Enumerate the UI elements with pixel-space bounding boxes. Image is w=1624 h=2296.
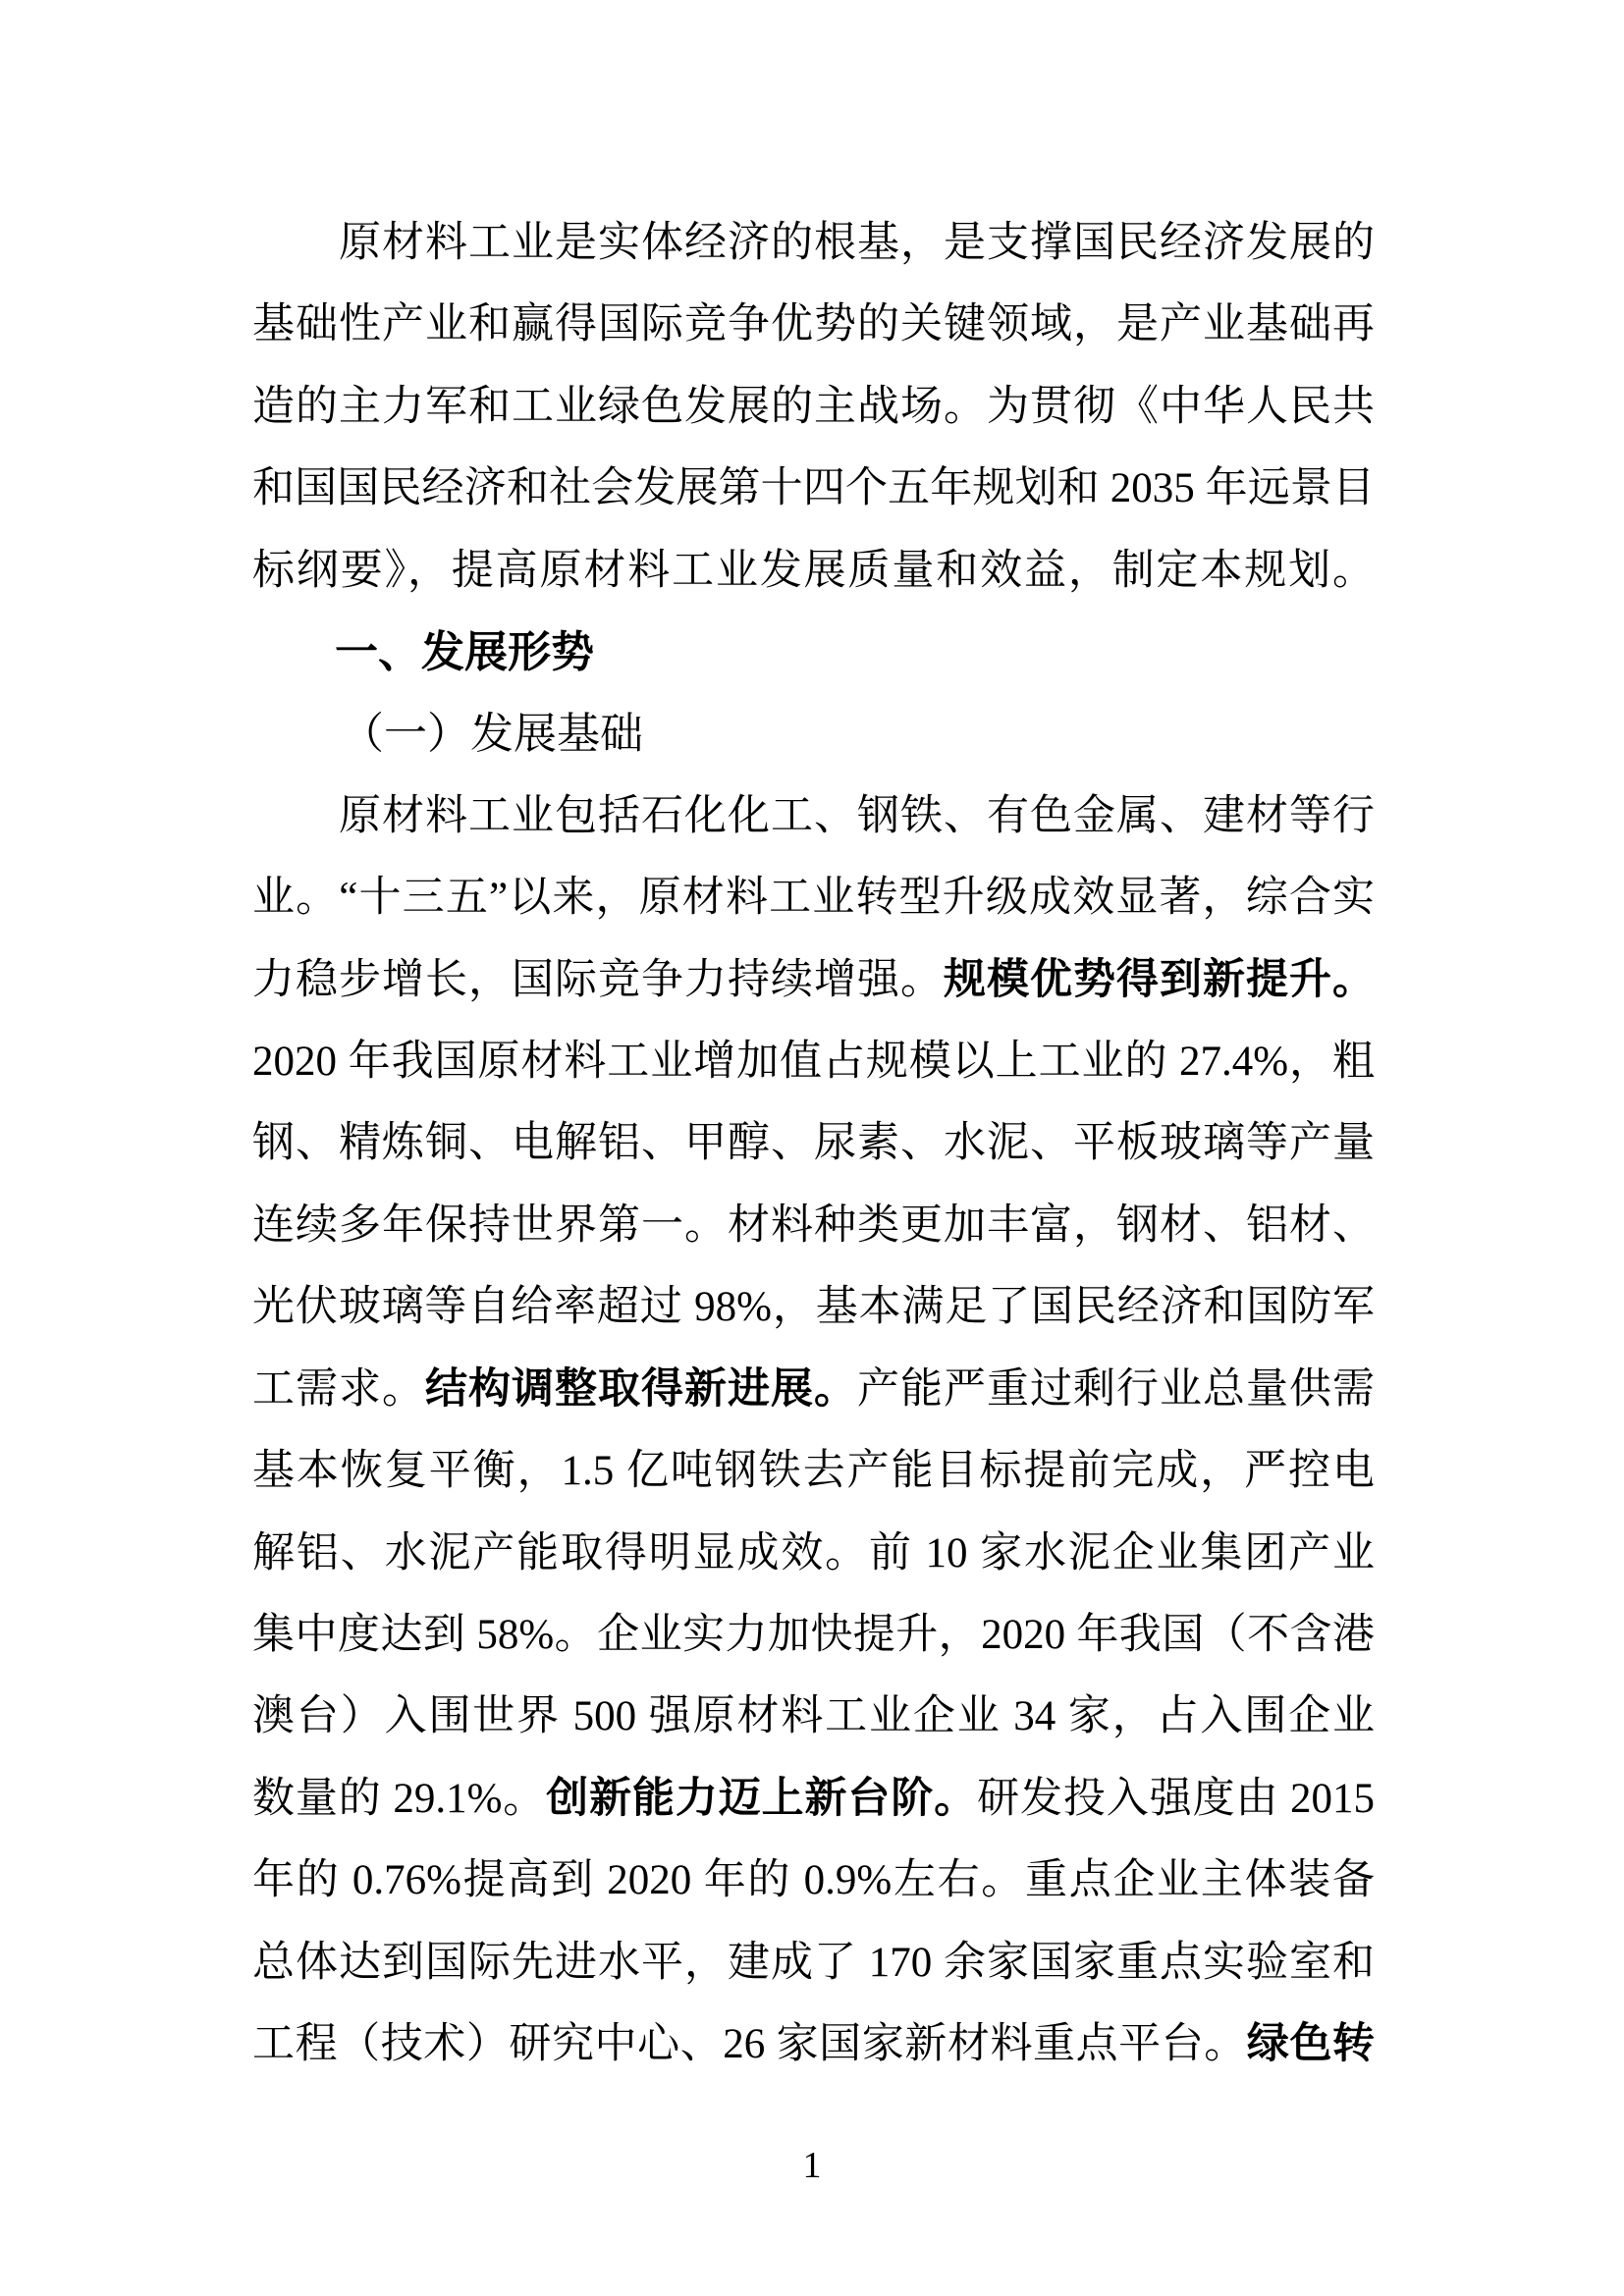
- emphasized-text-run: 规模优势得到新提升。: [944, 957, 1375, 1003]
- text-run: （一）发展基础: [341, 709, 643, 759]
- paragraph-line: 力稳步增长，国际竞争力持续增强。规模优势得到新提升。: [252, 939, 1375, 1021]
- emphasized-text-run: 绿色转: [1247, 2021, 1375, 2067]
- paragraph-line: 基本恢复平衡，1.5 亿吨钢铁去产能目标提前完成，严控电: [252, 1430, 1375, 1512]
- paragraph-line: 光伏玻璃等自给率超过 98%，基本满足了国民经济和国防军: [252, 1266, 1375, 1348]
- paragraph-line: 解铝、水泥产能取得明显成效。前 10 家水泥企业集团产业: [252, 1513, 1375, 1594]
- text-run: 钢、精炼铜、电解铝、甲醇、尿素、水泥、平板玻璃等产量: [252, 1120, 1375, 1166]
- paragraph-line: 2020 年我国原材料工业增加值占规模以上工业的 27.4%，粗: [252, 1021, 1375, 1102]
- text-run: 集中度达到 58%。企业实力加快提升，2020 年我国（不含港: [252, 1612, 1375, 1658]
- text-run: 光伏玻璃等自给率超过 98%，基本满足了国民经济和国防军: [252, 1284, 1375, 1330]
- text-run: 标纲要》，提高原材料工业发展质量和效益，制定本规划。: [252, 548, 1375, 594]
- emphasized-text-run: 创新能力迈上新台阶。: [546, 1776, 977, 1822]
- paragraph-line: 业。“十三五”以来，原材料工业转型升级成效显著，综合实: [252, 857, 1375, 938]
- subsection-heading: （一）发展基础: [252, 693, 1375, 774]
- paragraph-line: 原材料工业是实体经济的根基，是支撑国民经济发展的: [252, 202, 1375, 284]
- text-run: 工需求。: [252, 1366, 425, 1413]
- paragraph-line: 工需求。结构调整取得新进展。产能严重过剩行业总量供需: [252, 1349, 1375, 1430]
- text-run: 连续多年保持世界第一。材料种类更加丰富，钢材、铝材、: [252, 1202, 1375, 1249]
- paragraph-line: 钢、精炼铜、电解铝、甲醇、尿素、水泥、平板玻璃等产量: [252, 1102, 1375, 1184]
- paragraph-line: 总体达到国际先进水平，建成了 170 余家国家重点实验室和: [252, 1922, 1375, 2003]
- page-number: 1: [0, 2144, 1624, 2187]
- text-run: 数量的 29.1%。: [252, 1776, 546, 1822]
- text-run: 原材料工业包括石化化工、钢铁、有色金属、建材等行: [339, 793, 1375, 839]
- text-run: 研发投入强度由 2015: [977, 1776, 1375, 1822]
- document-body: 原材料工业是实体经济的根基，是支撑国民经济发展的基础性产业和赢得国际竞争优势的关…: [252, 202, 1375, 2085]
- document-page: 原材料工业是实体经济的根基，是支撑国民经济发展的基础性产业和赢得国际竞争优势的关…: [0, 0, 1624, 2296]
- text-run: 工程（技术）研究中心、26 家国家新材料重点平台。: [252, 2021, 1247, 2067]
- paragraph-line: 原材料工业包括石化化工、钢铁、有色金属、建材等行: [252, 775, 1375, 857]
- text-run: 产能严重过剩行业总量供需: [857, 1366, 1375, 1413]
- paragraph-line: 工程（技术）研究中心、26 家国家新材料重点平台。绿色转: [252, 2003, 1375, 2085]
- text-run: 基本恢复平衡，1.5 亿吨钢铁去产能目标提前完成，严控电: [252, 1448, 1375, 1494]
- paragraph-line: 澳台）入围世界 500 强原材料工业企业 34 家，占入围企业: [252, 1676, 1375, 1757]
- text-run: 解铝、水泥产能取得明显成效。前 10 家水泥企业集团产业: [252, 1530, 1375, 1576]
- section-heading: 一、发展形势: [252, 612, 1375, 693]
- text-run: 力稳步增长，国际竞争力持续增强。: [252, 957, 944, 1003]
- text-run: 年的 0.76%提高到 2020 年的 0.9%左右。重点企业主体装备: [252, 1857, 1375, 1903]
- emphasized-text-run: 一、发展形势: [335, 628, 594, 676]
- emphasized-text-run: 结构调整取得新进展。: [425, 1366, 857, 1413]
- paragraph-line: 和国国民经济和社会发展第十四个五年规划和 2035 年远景目: [252, 448, 1375, 529]
- paragraph-line: 标纲要》，提高原材料工业发展质量和效益，制定本规划。: [252, 530, 1375, 612]
- text-run: 澳台）入围世界 500 强原材料工业企业 34 家，占入围企业: [252, 1693, 1375, 1739]
- text-run: 造的主力军和工业绿色发展的主战场。为贯彻《中华人民共: [252, 384, 1375, 430]
- paragraph-line: 基础性产业和赢得国际竞争优势的关键领域，是产业基础再: [252, 284, 1375, 365]
- text-run: 基础性产业和赢得国际竞争优势的关键领域，是产业基础再: [252, 301, 1375, 347]
- text-run: 总体达到国际先进水平，建成了 170 余家国家重点实验室和: [252, 1940, 1375, 1986]
- text-run: 业。“十三五”以来，原材料工业转型升级成效显著，综合实: [252, 875, 1375, 921]
- paragraph-line: 造的主力军和工业绿色发展的主战场。为贯彻《中华人民共: [252, 366, 1375, 448]
- text-run: 原材料工业是实体经济的根基，是支撑国民经济发展的: [339, 220, 1375, 266]
- paragraph-line: 连续多年保持世界第一。材料种类更加丰富，钢材、铝材、: [252, 1185, 1375, 1266]
- text-run: 和国国民经济和社会发展第十四个五年规划和 2035 年远景目: [252, 465, 1375, 511]
- paragraph-line: 年的 0.76%提高到 2020 年的 0.9%左右。重点企业主体装备: [252, 1840, 1375, 1921]
- text-run: 2020 年我国原材料工业增加值占规模以上工业的 27.4%，粗: [252, 1039, 1375, 1085]
- paragraph-line: 数量的 29.1%。创新能力迈上新台阶。研发投入强度由 2015: [252, 1758, 1375, 1840]
- paragraph-line: 集中度达到 58%。企业实力加快提升，2020 年我国（不含港: [252, 1594, 1375, 1676]
